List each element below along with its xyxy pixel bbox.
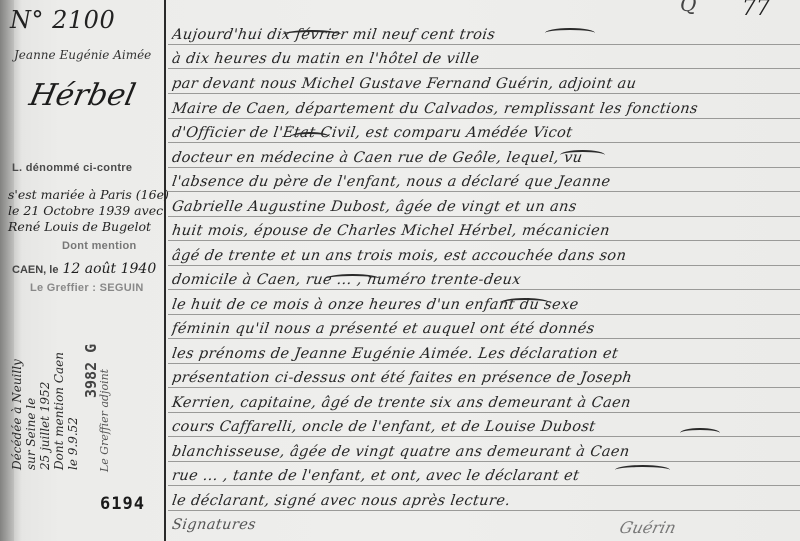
margin-rule bbox=[164, 0, 166, 541]
ruled-line bbox=[168, 363, 800, 364]
body-line: Maire de Caen, département du Calvados, … bbox=[171, 101, 797, 117]
ruled-line bbox=[168, 338, 800, 339]
ink-flourish bbox=[290, 132, 330, 142]
ruled-line bbox=[168, 191, 800, 192]
ink-flourish bbox=[545, 28, 595, 38]
ruled-line bbox=[168, 412, 800, 413]
death-mention-line: 25 juillet 1952 bbox=[38, 352, 52, 470]
ink-flourish bbox=[680, 428, 720, 438]
body-line: à dix heures du matin en l'hôtel de vill… bbox=[171, 51, 797, 67]
mention-place: CAEN, le bbox=[12, 264, 58, 276]
ruled-line bbox=[168, 289, 800, 290]
body-line: d'Officier de l'État Civil, est comparu … bbox=[171, 125, 797, 141]
signature: Guérin bbox=[618, 518, 678, 537]
body-line: féminin qu'il nous a présenté et auquel … bbox=[171, 321, 797, 337]
body-line: huit mois, épouse de Charles Michel Hérb… bbox=[171, 223, 797, 239]
mention-date-value: 12 août 1940 bbox=[62, 261, 156, 277]
death-mention-line: Dont mention Caen bbox=[52, 352, 66, 470]
ruled-line bbox=[168, 216, 800, 217]
ruled-line bbox=[168, 461, 800, 462]
body-line: l'absence du père de l'enfant, nous a dé… bbox=[171, 174, 797, 190]
mention-date: CAEN, le12 août 1940 bbox=[12, 258, 156, 277]
death-mention-line: le 9.9.52 bbox=[66, 352, 80, 470]
ink-flourish bbox=[615, 465, 670, 475]
marriage-mention-line: René Louis de Bugelot bbox=[8, 219, 151, 234]
scanned-register-page: N° 2100 Jeanne Eugénie Aimée Hérbel L. d… bbox=[0, 0, 800, 541]
body-line: docteur en médecine à Caen rue de Geôle,… bbox=[171, 150, 797, 166]
death-greffier: Le Greffier adjoint bbox=[98, 369, 111, 472]
ruled-line bbox=[168, 44, 800, 45]
dont-mention-stamp: Dont mention bbox=[62, 240, 136, 252]
body-line: le déclarant, signé avec nous après lect… bbox=[171, 493, 797, 509]
ruled-line bbox=[168, 265, 800, 266]
ruled-line bbox=[168, 93, 800, 94]
ink-flourish bbox=[325, 274, 380, 284]
death-mention-line: sur Seine le bbox=[24, 352, 38, 470]
folio-mark: Q bbox=[680, 0, 696, 16]
body-line: les prénoms de Jeanne Eugénie Aimée. Les… bbox=[171, 346, 797, 362]
ruled-line bbox=[168, 485, 800, 486]
body-line: présentation ci-dessus ont été faites en… bbox=[171, 370, 797, 386]
margin-surname: Hérbel bbox=[26, 78, 138, 113]
register-number: N° 2100 bbox=[10, 6, 115, 34]
body-line: par devant nous Michel Gustave Fernand G… bbox=[171, 76, 797, 92]
ink-flourish bbox=[500, 298, 550, 308]
greffier-stamp: Le Greffier : SEGUIN bbox=[30, 282, 144, 294]
body-line: domicile à Caen, rue ... , numéro trente… bbox=[171, 272, 797, 288]
folio-number: 77 bbox=[742, 0, 770, 21]
ruled-line bbox=[168, 314, 800, 315]
body-line: Kerrien, capitaine, âgé de trente six an… bbox=[171, 395, 797, 411]
ruled-line bbox=[168, 240, 800, 241]
ink-flourish bbox=[560, 150, 605, 160]
marriage-mention-line: le 21 Octobre 1939 avec bbox=[8, 203, 163, 218]
ruled-line bbox=[168, 142, 800, 143]
body-line: âgé de trente et un ans trois mois, est … bbox=[171, 248, 797, 264]
ruled-line bbox=[168, 510, 800, 511]
death-mention-line: Décédée à Neuilly bbox=[10, 352, 24, 470]
marriage-mention-line: s'est mariée à Paris (16e) bbox=[8, 187, 169, 202]
stamp-denomme: L. dénommé ci-contre bbox=[12, 162, 132, 174]
ruled-line bbox=[168, 68, 800, 69]
body-line: rue ... , tante de l'enfant, et ont, ave… bbox=[171, 468, 797, 484]
ink-flourish bbox=[282, 30, 342, 40]
body-line: Signatures bbox=[171, 517, 797, 533]
body-line: blanchisseuse, âgée de vingt quatre ans … bbox=[171, 444, 797, 460]
margin-given-names: Jeanne Eugénie Aimée bbox=[14, 48, 151, 62]
body-line: Gabrielle Augustine Dubost, âgée de ving… bbox=[171, 199, 797, 215]
body-line: Aujourd'hui dix février mil neuf cent tr… bbox=[171, 27, 797, 43]
ruled-line bbox=[168, 387, 800, 388]
ruled-line bbox=[168, 167, 800, 168]
body-line: le huit de ce mois à onze heures d'un en… bbox=[171, 297, 797, 313]
death-mention: Décédée à Neuilly sur Seine le 25 juille… bbox=[10, 352, 80, 470]
ruled-line bbox=[168, 118, 800, 119]
stamp-number: 6194 bbox=[100, 494, 145, 514]
